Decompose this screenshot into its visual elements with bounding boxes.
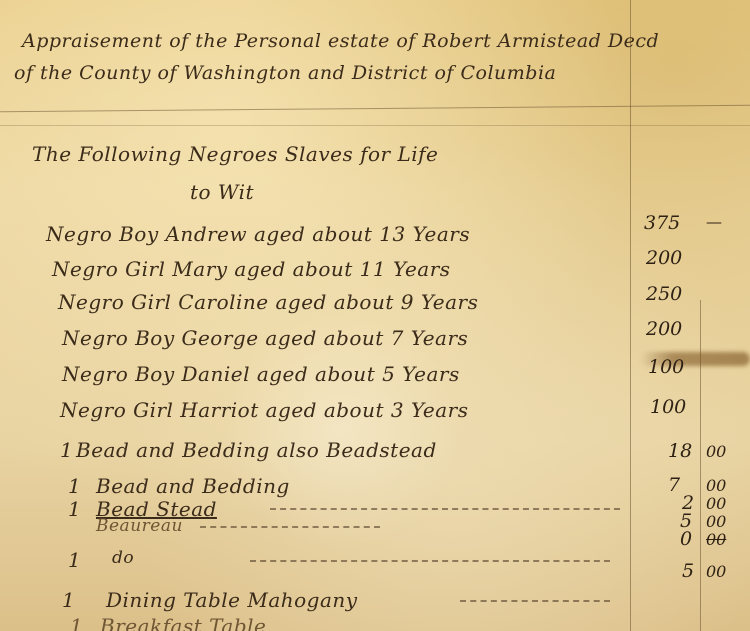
item-dollars: 0 (680, 528, 692, 550)
item-quantity: 1 (70, 614, 83, 631)
entry-description: Negro Boy George aged about 7 Years (62, 326, 468, 350)
item-description: Bead and Bedding also Beadstead (76, 438, 437, 462)
item-dollars: 18 (668, 440, 692, 462)
dollars-column-rule (630, 0, 631, 631)
item-cents: 00 (706, 562, 726, 581)
item-cents: 00 (706, 476, 726, 495)
document-page: Appraisement of the Personal estate of R… (0, 0, 750, 631)
cents-column-rule (700, 300, 701, 631)
leader-dashes (250, 560, 610, 563)
entry-amount: 375 (644, 212, 680, 234)
item-dollars: 7 (668, 474, 680, 496)
entry-description: Negro Girl Caroline aged about 9 Years (58, 290, 478, 314)
entry-description: Negro Boy Daniel aged about 5 Years (62, 362, 460, 386)
item-dollars: 5 (682, 560, 694, 582)
entry-description: Negro Girl Harriot aged about 3 Years (60, 398, 469, 422)
entry-amount: 100 (648, 356, 684, 378)
item-cents: 00 (706, 494, 726, 513)
item-quantity: 1 (68, 474, 81, 498)
entry-amount: 100 (650, 396, 686, 418)
item-quantity: 1 (68, 497, 81, 521)
item-description: Bead and Bedding (96, 474, 290, 498)
entry-amount: 250 (646, 283, 682, 305)
item-cents: 00 (706, 530, 726, 549)
item-cents: 00 (706, 442, 726, 461)
item-description: do (112, 548, 134, 568)
entry-description: Negro Girl Mary aged about 11 Years (52, 257, 451, 281)
item-description: Beaureau (96, 516, 183, 536)
item-cents: 00 (706, 512, 726, 531)
item-quantity: 1 (60, 438, 73, 462)
item-description: Breakfast Table (100, 614, 266, 631)
entry-amount: 200 (646, 318, 682, 340)
section-subheading: to Wit (190, 180, 254, 204)
entry-description: Negro Boy Andrew aged about 13 Years (46, 222, 470, 246)
item-description: Dining Table Mahogany (106, 588, 358, 612)
section-heading: The Following Negroes Slaves for Life (32, 142, 438, 166)
header-line-1: Appraisement of the Personal estate of R… (22, 30, 659, 52)
leader-dashes (460, 600, 610, 603)
header-rule-secondary (0, 125, 750, 126)
leader-dashes (200, 526, 380, 529)
leader-dashes (270, 508, 620, 511)
item-quantity: 1 (62, 588, 75, 612)
item-quantity: 1 (68, 548, 81, 572)
header-rule (0, 105, 750, 113)
header-line-2: of the County of Washington and District… (14, 62, 556, 84)
entry-cents: — (706, 212, 722, 231)
entry-amount: 200 (646, 247, 682, 269)
